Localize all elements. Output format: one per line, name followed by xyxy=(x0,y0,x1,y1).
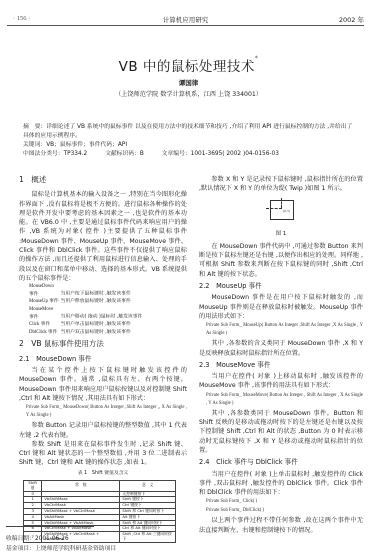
code-snippet: Private Sub Form_ Click( ) xyxy=(206,498,363,506)
code-snippet: Private Sub Form_ MouseDown( Button As I… xyxy=(26,404,187,420)
left-column: 1 概述 鼠标是计算机基本的输入设备之一 ,特别在当今图形化操作界面下 ,没有鼠… xyxy=(19,175,187,543)
event-item: Click 事件 当用户单击鼠标键时 ,触发该事件 xyxy=(29,321,187,329)
clc-number: 中图法分类号：TP334.2 xyxy=(23,150,87,159)
table-header-row: Shift 值 常 数 意 义 xyxy=(24,480,176,491)
classification-line: 中图法分类号：TP334.2 文献标识码：B 文章编号：1001-3695( 2… xyxy=(23,150,357,159)
paragraph: 以上两个事件过程不带任何参数 ,故在这两个事件中无法直接判断左、右键和控制键按下… xyxy=(199,516,363,535)
subsection-heading: 2.1 MouseDown 事件 xyxy=(19,355,187,364)
code-snippet: Private Sub Form_ MouseUp( Button As Int… xyxy=(206,322,363,338)
figure-1-diagram: (X,Y) xyxy=(266,198,296,220)
section-heading: 1 概述 xyxy=(19,175,187,184)
title-footnote-mark: * xyxy=(255,55,259,62)
paragraph: 参数 Shift 是用来在鼠标事件发生时 ,记录 Shift 键、Ctrl 键和… xyxy=(19,440,187,468)
document-code: 文献标识码：B xyxy=(105,150,144,159)
figure-caption: 图 1 xyxy=(199,230,363,239)
keywords: 关键词：VB；鼠标事件；事件代码；API xyxy=(23,141,357,150)
pointer-label: (X,Y) xyxy=(283,207,290,216)
paragraph: 当在某个控件上按下鼠标键时触发该控件的 MouseDown 事件。通常 ,鼠标具… xyxy=(19,366,187,403)
table-caption: 表 1 Shift 键值及含义 xyxy=(19,469,187,478)
affiliation: （上饶师范学院 数学计算机系，江西 上饶 334001） xyxy=(0,89,377,98)
paragraph: 参数 Button 记录用户鼠标按键的整型数值 ,其中 1 代表左键 ,2 代表… xyxy=(19,421,187,440)
subsection-heading: 2.3 MouseMove 事件 xyxy=(199,361,363,370)
journal-year: 2002 年 xyxy=(339,15,364,24)
code-snippet: Private Sub Form_ DblClick( ) xyxy=(206,507,363,515)
paragraph: 当用户在控件( 对象 )上移动鼠标时 ,触发该控件的 MouseMove 事件 … xyxy=(199,372,363,391)
y-guide-line xyxy=(266,208,282,209)
paragraph: 鼠标是计算机基本的输入设备之一 ,特别在当今图形化操作界面下 ,没有鼠标将是极不… xyxy=(19,190,187,283)
paragraph: 其中 ,各参数类同于 MouseDown 事件。Button 和 Shift 反… xyxy=(199,409,363,455)
abstract-block: 摘 要：详细论述了 VB 系统中的鼠标事件 以及在使用方法中的技术细节和技巧 ,… xyxy=(23,123,357,159)
journal-name: 计算机应用研究 xyxy=(7,15,364,24)
right-column: 参数 X 和 Y 是记录按下鼠标键时 ,鼠标指针所在的位置 ,默认情况下 X 和… xyxy=(199,175,363,535)
x-guide-line xyxy=(281,198,282,208)
code-snippet: Private Sub Form_ MouseMove( Button As I… xyxy=(206,392,363,408)
title-text: VB 中的鼠标处理技术 xyxy=(119,59,255,75)
fund-project: 基金项目：上饶师范学院科研基金资助项目 xyxy=(6,544,116,554)
paragraph: 当用户在控件( 对象 )上单击鼠标时 ,触发控件的 Click 事件 ,双击鼠标… xyxy=(199,470,363,498)
paragraph: 参数 X 和 Y 是记录按下鼠标键时 ,鼠标指针所在的位置 ,默认情况下 X 和… xyxy=(199,175,363,194)
event-item: MouseUp 事件 当用户释放鼠标键时 ,触发该事件 xyxy=(29,298,187,306)
section-heading: 2 VB 鼠标事件使用方法 xyxy=(19,339,187,348)
article-number: 文章编号：1001-3695( 2002 )04-0156-03 xyxy=(162,150,279,159)
event-item: MouseMove 事件 当用户移动( 拖动 )鼠标时 ,触发该事件 xyxy=(29,306,187,321)
form-rectangle xyxy=(270,200,294,220)
subsection-heading: 2.2 MouseUp 事件 xyxy=(199,282,363,291)
paper-title: VB 中的鼠标处理技术* xyxy=(0,55,377,75)
event-item: MouseDown 事件 当用户按下鼠标键时 ,触发该事件 xyxy=(29,283,187,298)
author: 谭国律 xyxy=(0,78,377,87)
running-header: · 156 · 计算机应用研究 2002 年 xyxy=(7,11,364,26)
subsection-heading: 2.4 Click 事件与 DblClick 事件 xyxy=(199,458,363,467)
footnote-divider xyxy=(6,526,94,527)
paragraph: 其中 ,各参数的含义类同于 MouseDown 事件 ,X 和 Y 是反映释放鼠… xyxy=(199,339,363,358)
abstract-text: 摘 要：详细论述了 VB 系统中的鼠标事件 以及在使用方法中的技术细节和技巧 ,… xyxy=(23,123,357,141)
paragraph: MouseDown 事件是在用户按下鼠标时触发的 ,而 MouseUp 事件则是… xyxy=(199,293,363,321)
received-date: 收稿日期：2001-06-26 xyxy=(6,534,116,544)
event-list: MouseDown 事件 当用户按下鼠标键时 ,触发该事件 MouseUp 事件… xyxy=(29,283,187,336)
paragraph: 在 MouseDown 事件代码中 ,可通过参数 Button 来判断是按下鼠标… xyxy=(199,242,363,279)
footnote: 收稿日期：2001-06-26 基金项目：上饶师范学院科研基金资助项目 xyxy=(6,534,116,554)
event-item: DblClick 事件 当用户双击鼠标键时 ,触发该事件 xyxy=(29,329,187,337)
